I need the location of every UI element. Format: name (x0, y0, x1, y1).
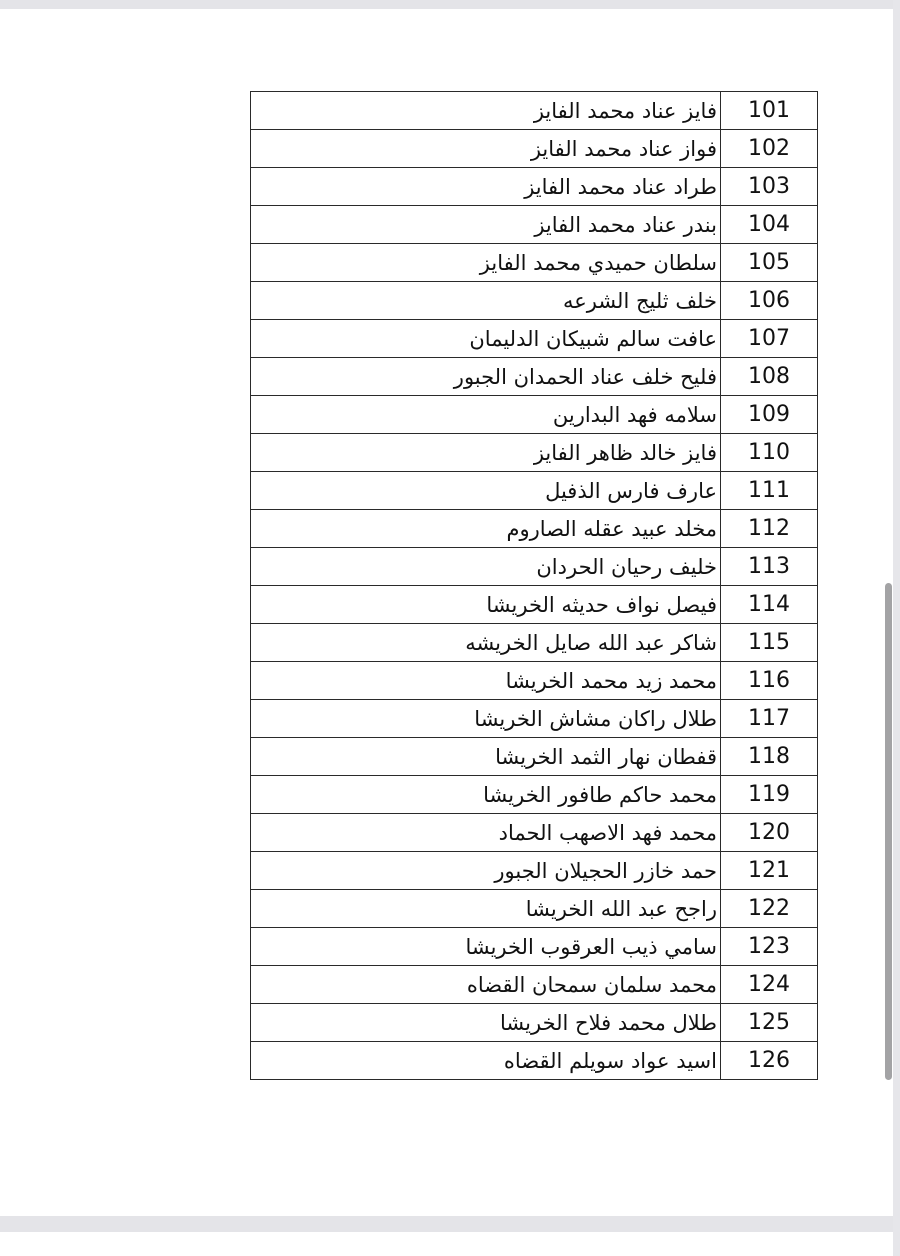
row-number: 114 (721, 586, 818, 624)
person-name: خليف رحيان الحردان (251, 548, 721, 586)
row-number: 113 (721, 548, 818, 586)
table-row: 112مخلد عبيد عقله الصاروم (251, 510, 818, 548)
row-number: 109 (721, 396, 818, 434)
person-name: سامي ذيب العرقوب الخريشا (251, 928, 721, 966)
person-name: شاكر عبد الله صايل الخريشه (251, 624, 721, 662)
person-name: فايز خالد ظاهر الفايز (251, 434, 721, 472)
row-number: 116 (721, 662, 818, 700)
row-number: 120 (721, 814, 818, 852)
row-number: 117 (721, 700, 818, 738)
table-row: 101فايز عناد محمد الفايز (251, 92, 818, 130)
person-name: محمد زيد محمد الخريشا (251, 662, 721, 700)
table-row: 102فواز عناد محمد الفايز (251, 130, 818, 168)
table-row: 105سلطان حميدي محمد الفايز (251, 244, 818, 282)
person-name: بندر عناد محمد الفايز (251, 206, 721, 244)
person-name: راجح عبد الله الخريشا (251, 890, 721, 928)
row-number: 110 (721, 434, 818, 472)
person-name: طراد عناد محمد الفايز (251, 168, 721, 206)
row-number: 101 (721, 92, 818, 130)
table-row: 110فايز خالد ظاهر الفايز (251, 434, 818, 472)
person-name: سلامه فهد البدارين (251, 396, 721, 434)
person-name: قفطان نهار الثمد الخريشا (251, 738, 721, 776)
row-number: 121 (721, 852, 818, 890)
table-row: 124محمد سلمان سمحان القضاه (251, 966, 818, 1004)
table-row: 119محمد حاكم طافور الخريشا (251, 776, 818, 814)
person-name: اسيد عواد سويلم القضاه (251, 1042, 721, 1080)
row-number: 124 (721, 966, 818, 1004)
row-number: 123 (721, 928, 818, 966)
row-number: 104 (721, 206, 818, 244)
row-number: 111 (721, 472, 818, 510)
table-row: 121حمد خازر الحجيلان الجبور (251, 852, 818, 890)
table-row: 108فليح خلف عناد الحمدان الجبور (251, 358, 818, 396)
table-row: 109سلامه فهد البدارين (251, 396, 818, 434)
row-number: 126 (721, 1042, 818, 1080)
person-name: طلال راكان مشاش الخريشا (251, 700, 721, 738)
person-name: عارف فارس الذفيل (251, 472, 721, 510)
person-name: محمد حاكم طافور الخريشا (251, 776, 721, 814)
next-document-page (0, 1232, 893, 1256)
table-row: 120محمد فهد الاصهب الحماد (251, 814, 818, 852)
names-table: 101فايز عناد محمد الفايز102فواز عناد محم… (250, 91, 818, 1080)
row-number: 125 (721, 1004, 818, 1042)
table-row: 111عارف فارس الذفيل (251, 472, 818, 510)
person-name: فيصل نواف حديثه الخريشا (251, 586, 721, 624)
person-name: فواز عناد محمد الفايز (251, 130, 721, 168)
row-number: 102 (721, 130, 818, 168)
row-number: 112 (721, 510, 818, 548)
row-number: 105 (721, 244, 818, 282)
row-number: 115 (721, 624, 818, 662)
table-row: 115شاكر عبد الله صايل الخريشه (251, 624, 818, 662)
table-row: 106خلف ثليج الشرعه (251, 282, 818, 320)
row-number: 118 (721, 738, 818, 776)
row-number: 106 (721, 282, 818, 320)
table-row: 104بندر عناد محمد الفايز (251, 206, 818, 244)
table-row: 125طلال محمد فلاح الخريشا (251, 1004, 818, 1042)
table-row: 118قفطان نهار الثمد الخريشا (251, 738, 818, 776)
person-name: فليح خلف عناد الحمدان الجبور (251, 358, 721, 396)
scroll-track[interactable] (893, 0, 900, 1256)
person-name: محمد فهد الاصهب الحماد (251, 814, 721, 852)
row-number: 108 (721, 358, 818, 396)
person-name: محمد سلمان سمحان القضاه (251, 966, 721, 1004)
person-name: مخلد عبيد عقله الصاروم (251, 510, 721, 548)
table-row: 114فيصل نواف حديثه الخريشا (251, 586, 818, 624)
person-name: طلال محمد فلاح الخريشا (251, 1004, 721, 1042)
table-row: 116محمد زيد محمد الخريشا (251, 662, 818, 700)
table-row: 113خليف رحيان الحردان (251, 548, 818, 586)
vertical-scrollbar-thumb[interactable] (885, 583, 892, 1080)
row-number: 119 (721, 776, 818, 814)
table-row: 123سامي ذيب العرقوب الخريشا (251, 928, 818, 966)
person-name: فايز عناد محمد الفايز (251, 92, 721, 130)
table-row: 122راجح عبد الله الخريشا (251, 890, 818, 928)
row-number: 107 (721, 320, 818, 358)
row-number: 103 (721, 168, 818, 206)
table-row: 107عافت سالم شبيكان الدليمان (251, 320, 818, 358)
table-row: 126اسيد عواد سويلم القضاه (251, 1042, 818, 1080)
person-name: عافت سالم شبيكان الدليمان (251, 320, 721, 358)
table-row: 103طراد عناد محمد الفايز (251, 168, 818, 206)
person-name: حمد خازر الحجيلان الجبور (251, 852, 721, 890)
names-table-body: 101فايز عناد محمد الفايز102فواز عناد محم… (251, 92, 818, 1080)
table-row: 117طلال راكان مشاش الخريشا (251, 700, 818, 738)
person-name: سلطان حميدي محمد الفايز (251, 244, 721, 282)
row-number: 122 (721, 890, 818, 928)
person-name: خلف ثليج الشرعه (251, 282, 721, 320)
